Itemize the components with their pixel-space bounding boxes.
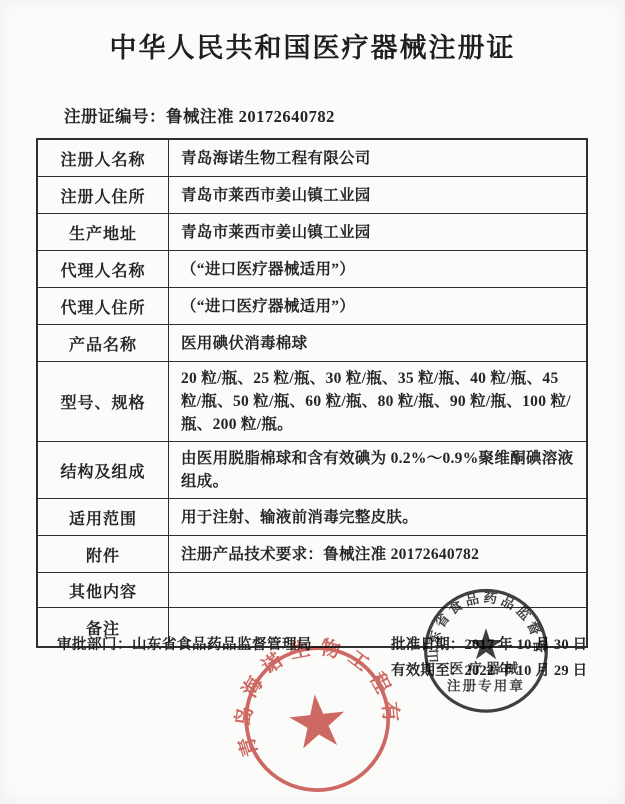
row-label: 注册人名称 — [38, 140, 169, 176]
row-value — [169, 573, 586, 607]
row-label: 适用范围 — [38, 499, 169, 535]
table-row: 生产地址 青岛市莱西市姜山镇工业园 — [38, 213, 586, 250]
table-row: 结构及组成 由医用脱脂棉球和含有效碘为 0.2%～0.9%聚维酮碘溶液组成。 — [38, 441, 586, 498]
row-label: 产品名称 — [38, 325, 169, 361]
table-row: 代理人住所 （“进口医疗器械适用”） — [38, 287, 586, 324]
row-value: 青岛市莱西市姜山镇工业园 — [169, 177, 586, 213]
table-row: 产品名称 医用碘伏消毒棉球 — [38, 324, 586, 361]
row-value: （“进口医疗器械适用”） — [169, 251, 586, 287]
row-label: 代理人名称 — [38, 251, 169, 287]
row-value: 青岛海诺生物工程有限公司 — [169, 140, 586, 176]
row-label: 代理人住所 — [38, 288, 169, 324]
approval-department: 审批部门：山东省食品药品监督管理局 — [57, 633, 312, 654]
row-value: 青岛市莱西市姜山镇工业园 — [169, 214, 586, 250]
table-row: 代理人名称 （“进口医疗器械适用”） — [38, 250, 586, 287]
company-seal-ring — [239, 641, 395, 797]
row-label: 其他内容 — [38, 573, 169, 607]
row-value: 注册产品技术要求：鲁械注准 20172640782 — [169, 536, 586, 572]
star-icon — [287, 692, 347, 750]
table-row: 其他内容 — [38, 572, 586, 607]
row-value: 医用碘伏消毒棉球 — [169, 325, 586, 361]
row-label: 结构及组成 — [38, 442, 169, 498]
approval-date: 批准日期：2017 年 10 月 30 日 — [391, 632, 587, 658]
valid-until-date: 有效期至：2022 年 10 月 29 日 — [391, 658, 587, 684]
row-label: 生产地址 — [38, 214, 169, 250]
row-value: （“进口医疗器械适用”） — [169, 288, 586, 324]
row-value: 20 粒/瓶、25 粒/瓶、30 粒/瓶、35 粒/瓶、40 粒/瓶、45 粒/… — [169, 362, 586, 441]
date-block: 批准日期：2017 年 10 月 30 日 有效期至：2022 年 10 月 2… — [391, 632, 587, 684]
table-row: 型号、规格 20 粒/瓶、25 粒/瓶、30 粒/瓶、35 粒/瓶、40 粒/瓶… — [38, 361, 586, 441]
row-label: 附件 — [38, 536, 169, 572]
row-value: 由医用脱脂棉球和含有效碘为 0.2%～0.9%聚维酮碘溶液组成。 — [169, 442, 586, 498]
row-value: 用于注射、输液前消毒完整皮肤。 — [169, 499, 586, 535]
table-row: 适用范围 用于注射、输液前消毒完整皮肤。 — [38, 498, 586, 535]
table-row: 注册人住所 青岛市莱西市姜山镇工业园 — [38, 176, 586, 213]
registration-number-line: 注册证编号：鲁械注准 20172640782 — [64, 103, 335, 127]
certificate-table: 注册人名称 青岛海诺生物工程有限公司 注册人住所 青岛市莱西市姜山镇工业园 生产… — [36, 138, 588, 648]
table-row: 附件 注册产品技术要求：鲁械注准 20172640782 — [38, 535, 586, 572]
row-label: 注册人住所 — [38, 177, 169, 213]
certificate-page: 中华人民共和国医疗器械注册证 注册证编号：鲁械注准 20172640782 注册… — [0, 0, 625, 804]
page-title: 中华人民共和国医疗器械注册证 — [0, 26, 625, 65]
row-label: 型号、规格 — [38, 362, 169, 441]
table-row: 注册人名称 青岛海诺生物工程有限公司 — [38, 140, 586, 176]
